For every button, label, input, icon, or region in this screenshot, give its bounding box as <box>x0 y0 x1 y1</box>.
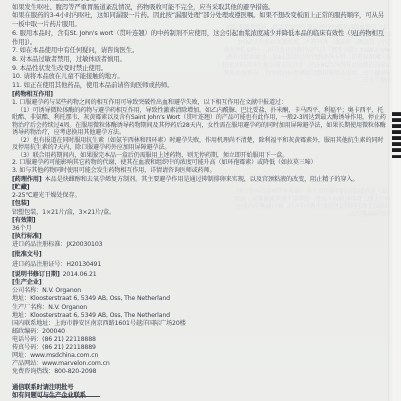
registration-bar <box>392 124 401 128</box>
text-line: 7. 如在本品使用中有任何疑问，请咨询医生。 <box>12 46 389 55</box>
section-heading-drug-interactions: [药物相互作用] <box>12 91 389 99</box>
text-line: 邮政编码：200040 <box>12 328 389 336</box>
registration-bar <box>392 130 401 134</box>
section-footer-note: 通信联系时请注明批号 如有问题可与生产企业联系 <box>12 384 389 401</box>
leaflet-page: （1）可诱导微粒体酶的药物与避孕药相互作用，导致性激素清除增加，如乙内酰脲、巴比… <box>0 0 401 401</box>
text-line: 如果在服药的3-4小时内呕吐，这如同漏服一片药。因此按“漏服处理”部分处理或遵医… <box>12 11 389 28</box>
text-line: 1. 口服避孕药与某些药物之间的相互作用可导致突破性出血和避孕失败，以下相互作用… <box>12 99 389 107</box>
revision-date: 2014.06.21 <box>63 271 97 278</box>
text-line: 通信联系时请注明批号 <box>12 384 389 392</box>
registration-bar <box>392 148 401 152</box>
text-line: （1）可诱导微粒体酶的药物与避孕药相互作用，导致性激素清除增加，如乙内酰脲、巴比… <box>12 107 389 137</box>
standard-text: 进口药品注册标准：JX20030103 <box>12 241 389 249</box>
section-product-info: [药理作用]本品是炔雌醇和去氧孕烯复方制剂。其主要避孕作用是通过抑制排卵来实现，… <box>12 176 389 249</box>
text-line: 3. 如与其他药物同时使用可能会发生药物相互作用，详情请咨询医师或药师。 <box>12 167 389 175</box>
section-heading-approval: [批准文号] <box>12 250 389 260</box>
section-heading-revision-date: [说明书修订日期] <box>12 271 60 278</box>
text-line: 电话号码：(86 21) 22118888 <box>12 336 389 344</box>
text-line: 10. 请将本品放在儿童不能接触的地方。 <box>12 72 389 81</box>
registration-bar <box>392 118 401 122</box>
text-line: 地址：Kloosterstraat 6, 5349 AB, Oss, The N… <box>12 295 389 303</box>
product-website-text: 产品网站：www.marvelon.com.cn <box>12 360 389 368</box>
section-approval: [批准文号] 进口药品注册证号：H20130491 [说明书修订日期]2014.… <box>12 250 389 279</box>
section-heading-validity: [有效期] <box>12 217 389 225</box>
section-heading-pharmacology: [药理作用] <box>12 176 42 183</box>
text-line: 传真号码：(86 21) 22118889 <box>12 344 389 352</box>
packaging-text: 铝塑包装，1×21片/盒，3×21片/盒。 <box>12 209 389 217</box>
section-drug-interactions: [药物相互作用] 1. 口服避孕药与某些药物之间的相互作用可导致突破性出血和避孕… <box>12 91 389 174</box>
pharmacology-text: 本品是炔雌醇和去氧孕烯复方制剂。其主要避孕作用是通过抑制排卵来实现，以及宫颈粘液… <box>45 176 359 183</box>
print-registration-marks <box>392 112 401 158</box>
section-heading-standard: [执行标准] <box>12 233 389 241</box>
pharmacology-line: [药理作用]本品是炔雌醇和去氧孕烯复方制剂。其主要避孕作用是通过抑制排卵来实现，… <box>12 176 389 184</box>
website-text: 网址：www.msdchina.com.cn <box>12 352 389 360</box>
text-line: 11. 如正在使用其他药品，使用本品前请咨询医师或药师。 <box>12 81 389 90</box>
approval-text: 进口药品注册证号：H20130491 <box>12 260 389 270</box>
text-line: 6. 服用本品时，含有St. John's wort（贯叶连翘）的中药制剂不应使… <box>12 29 389 46</box>
registration-bar <box>392 112 401 116</box>
page-edge-shadow <box>388 0 401 401</box>
registration-bar <box>392 155 401 159</box>
text-line: 地址：Kloosterstraat 6, 5349 AB, Oss, The N… <box>12 312 389 320</box>
section-precautions: （3）发生胃肠道紊乱的处理 如果发生呕吐、腹泻等严重胃肠道紊乱情况，药物吸收可能… <box>12 0 389 90</box>
section-manufacturer: [生产企业] 公司名称：N.V. Organon 地址：Kloosterstra… <box>12 279 389 376</box>
registration-bar <box>392 136 401 140</box>
text-line: （2）也有报道在同时服用抗生素（如氨苄西林和四环素）时避孕失败，作用机理尚不清楚… <box>12 137 389 152</box>
section-heading-packaging: [包装] <box>12 200 389 208</box>
hotline-text: 免费咨询热线：800-820-2098 <box>12 368 389 376</box>
storage-text: 2-25℃避光干燥处保存。 <box>12 192 389 200</box>
registration-bar <box>392 142 401 146</box>
validity-text: 36个月 <box>12 225 389 233</box>
leaflet-text: （3）发生胃肠道紊乱的处理 如果发生呕吐、腹泻等严重胃肠道紊乱情况，药物吸收可能… <box>12 0 389 401</box>
text-line: 8. 对本品过敏者禁用，过敏体质者慎用。 <box>12 55 389 64</box>
text-line: 2. 口服避孕药可能影响其它药物的代谢，使其在血液和组织中的浓度可能升高（如环孢… <box>12 159 389 167</box>
text-line: 生产厂名称：N.V. Organon <box>12 304 389 312</box>
text-line: 国内联系地址：上海市静安区南京西路1601号越洋国际广场20楼 <box>12 320 389 328</box>
revision-line: [说明书修订日期]2014.06.21 <box>12 270 389 280</box>
batch-number-line <box>38 396 100 397</box>
